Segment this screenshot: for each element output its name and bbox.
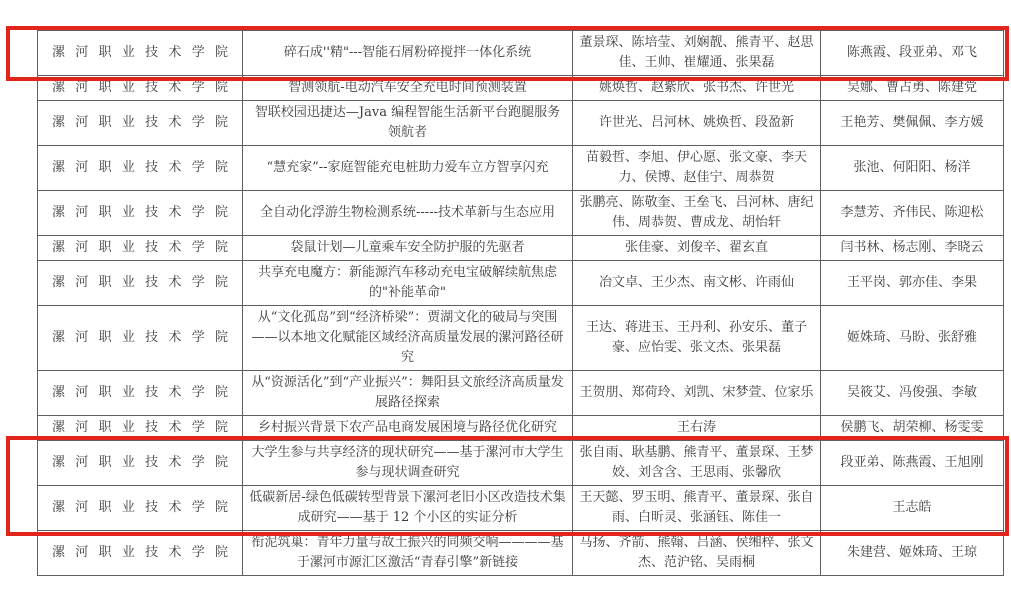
cell-team-members: 马扬、齐箭、熊翰、吕涵、侯缃梓、张文杰、范沪铭、吴雨桐 xyxy=(573,531,821,576)
cell-project-title: 衔泥筑巢：青年力量与故土振兴的同频交响————基于漯河市源汇区激活“青春引擎”新… xyxy=(243,531,573,576)
table-row: 漯河职业技术学院 从“资源活化”到“产业振兴”：舞阳县文旅经济高质量发展路径探索… xyxy=(38,371,1004,416)
table-row: 漯河职业技术学院 共享充电魔方：新能源汽车移动充电宝破解续航焦虑的"补能革命" … xyxy=(38,261,1004,306)
cell-advisors: 吴娜、曹占勇、陈建党 xyxy=(821,76,1004,101)
cell-project-title: 从“文化孤岛”到“经济桥梁”：贾湖文化的破局与突围——以本地文化赋能区域经济高质… xyxy=(243,306,573,371)
table-row: 漯河职业技术学院 衔泥筑巢：青年力量与故土振兴的同频交响————基于漯河市源汇区… xyxy=(38,531,1004,576)
table-row: 漯河职业技术学院 低碳新居-绿色低碳转型背景下漯河老旧小区改造技术集成研究——基… xyxy=(38,486,1004,531)
cell-team-members: 苗毅哲、李旭、伊心愿、张文豪、李天力、侯博、赵佳宁、周恭贺 xyxy=(573,146,821,191)
table-row: 漯河职业技术学院 智测领航-电动汽车安全充电时间预测装置 姚焕哲、赵紫欣、张书杰… xyxy=(38,76,1004,101)
cell-project-title: 大学生参与共享经济的现状研究——基于漯河市大学生参与现状调查研究 xyxy=(243,441,573,486)
cell-advisors: 闫书林、杨志刚、李晓云 xyxy=(821,236,1004,261)
cell-school: 漯河职业技术学院 xyxy=(38,76,243,101)
project-table: 漯河职业技术学院 碎石成''精"---智能石屑粉碎搅拌一体化系统 董景琛、陈培莹… xyxy=(37,30,1004,576)
cell-team-members: 张佳豪、刘俊辛、翟玄直 xyxy=(573,236,821,261)
cell-school: 漯河职业技术学院 xyxy=(38,306,243,371)
cell-school: 漯河职业技术学院 xyxy=(38,31,243,76)
cell-team-members: 王天懿、罗玉明、熊青平、董景琛、张自雨、白昕灵、张涵钰、陈佳一 xyxy=(573,486,821,531)
table-row: 漯河职业技术学院 大学生参与共享经济的现状研究——基于漯河市大学生参与现状调查研… xyxy=(38,441,1004,486)
table-row: 漯河职业技术学院 碎石成''精"---智能石屑粉碎搅拌一体化系统 董景琛、陈培莹… xyxy=(38,31,1004,76)
cell-advisors: 王艳芳、樊佩佩、李方媛 xyxy=(821,101,1004,146)
cell-project-title: “慧充家”--家庭智能充电桩助力爱车立方智享闪充 xyxy=(243,146,573,191)
cell-team-members: 姚焕哲、赵紫欣、张书杰、许世光 xyxy=(573,76,821,101)
cell-advisors: 吴筱艾、冯俊强、李敏 xyxy=(821,371,1004,416)
document-page: 漯河职业技术学院 碎石成''精"---智能石屑粉碎搅拌一体化系统 董景琛、陈培莹… xyxy=(0,0,1011,597)
cell-school: 漯河职业技术学院 xyxy=(38,486,243,531)
cell-project-title: 共享充电魔方：新能源汽车移动充电宝破解续航焦虑的"补能革命" xyxy=(243,261,573,306)
cell-advisors: 王平岗、郭亦佳、李果 xyxy=(821,261,1004,306)
table-row: 漯河职业技术学院 智联校园迅捷达—Java 编程智能生活新平台跑腿服务领航者 许… xyxy=(38,101,1004,146)
cell-advisors: 张池、何阳阳、杨洋 xyxy=(821,146,1004,191)
cell-team-members: 王贺朋、郑荷玲、刘凯、宋梦萱、位家乐 xyxy=(573,371,821,416)
cell-team-members: 冶文卓、王少杰、南文彬、许雨仙 xyxy=(573,261,821,306)
cell-school: 漯河职业技术学院 xyxy=(38,416,243,441)
table-row: 漯河职业技术学院 乡村振兴背景下农产品电商发展困境与路径优化研究 王右涛 侯鹏飞… xyxy=(38,416,1004,441)
cell-school: 漯河职业技术学院 xyxy=(38,101,243,146)
cell-project-title: 全自动化浮游生物检测系统-----技术革新与生态应用 xyxy=(243,191,573,236)
cell-school: 漯河职业技术学院 xyxy=(38,371,243,416)
cell-project-title: 智联校园迅捷达—Java 编程智能生活新平台跑腿服务领航者 xyxy=(243,101,573,146)
cell-advisors: 陈燕霞、段亚弟、邓飞 xyxy=(821,31,1004,76)
cell-project-title: 袋鼠计划—儿童乘车安全防护服的先驱者 xyxy=(243,236,573,261)
table-row: 漯河职业技术学院 “慧充家”--家庭智能充电桩助力爱车立方智享闪充 苗毅哲、李旭… xyxy=(38,146,1004,191)
table-row: 漯河职业技术学院 从“文化孤岛”到“经济桥梁”：贾湖文化的破局与突围——以本地文… xyxy=(38,306,1004,371)
cell-school: 漯河职业技术学院 xyxy=(38,236,243,261)
cell-school: 漯河职业技术学院 xyxy=(38,531,243,576)
cell-school: 漯河职业技术学院 xyxy=(38,146,243,191)
cell-team-members: 王右涛 xyxy=(573,416,821,441)
table-body: 漯河职业技术学院 碎石成''精"---智能石屑粉碎搅拌一体化系统 董景琛、陈培莹… xyxy=(38,31,1004,576)
cell-advisors: 李慧芳、齐伟民、陈迎松 xyxy=(821,191,1004,236)
cell-school: 漯河职业技术学院 xyxy=(38,261,243,306)
cell-advisors: 朱建营、姬姝琦、王琼 xyxy=(821,531,1004,576)
cell-project-title: 乡村振兴背景下农产品电商发展困境与路径优化研究 xyxy=(243,416,573,441)
cell-advisors: 王志皓 xyxy=(821,486,1004,531)
cell-advisors: 段亚弟、陈燕霞、王旭刚 xyxy=(821,441,1004,486)
cell-advisors: 姬姝琦、马盼、张舒雅 xyxy=(821,306,1004,371)
cell-project-title: 低碳新居-绿色低碳转型背景下漯河老旧小区改造技术集成研究——基于 12 个小区的… xyxy=(243,486,573,531)
table-row: 漯河职业技术学院 袋鼠计划—儿童乘车安全防护服的先驱者 张佳豪、刘俊辛、翟玄直 … xyxy=(38,236,1004,261)
cell-advisors: 侯鹏飞、胡荣柳、杨雯雯 xyxy=(821,416,1004,441)
cell-school: 漯河职业技术学院 xyxy=(38,191,243,236)
cell-team-members: 张自雨、耿基鹏、熊青平、董景琛、王梦姣、刘含含、王思雨、张馨欣 xyxy=(573,441,821,486)
cell-project-title: 从“资源活化”到“产业振兴”：舞阳县文旅经济高质量发展路径探索 xyxy=(243,371,573,416)
cell-school: 漯河职业技术学院 xyxy=(38,441,243,486)
cell-project-title: 智测领航-电动汽车安全充电时间预测装置 xyxy=(243,76,573,101)
cell-team-members: 王达、蒋进玉、王丹利、孙安乐、董子豪、应怡雯、张文杰、张果磊 xyxy=(573,306,821,371)
cell-project-title: 碎石成''精"---智能石屑粉碎搅拌一体化系统 xyxy=(243,31,573,76)
cell-team-members: 许世光、吕河林、姚焕哲、段盈新 xyxy=(573,101,821,146)
table-row: 漯河职业技术学院 全自动化浮游生物检测系统-----技术革新与生态应用 张鹏亮、… xyxy=(38,191,1004,236)
cell-team-members: 张鹏亮、陈敬奎、王垒飞、吕河林、唐纪伟、周恭贺、曹成龙、胡怡轩 xyxy=(573,191,821,236)
cell-team-members: 董景琛、陈培莹、刘娴靓、熊青平、赵思佳、王帅、崔耀通、张果磊 xyxy=(573,31,821,76)
